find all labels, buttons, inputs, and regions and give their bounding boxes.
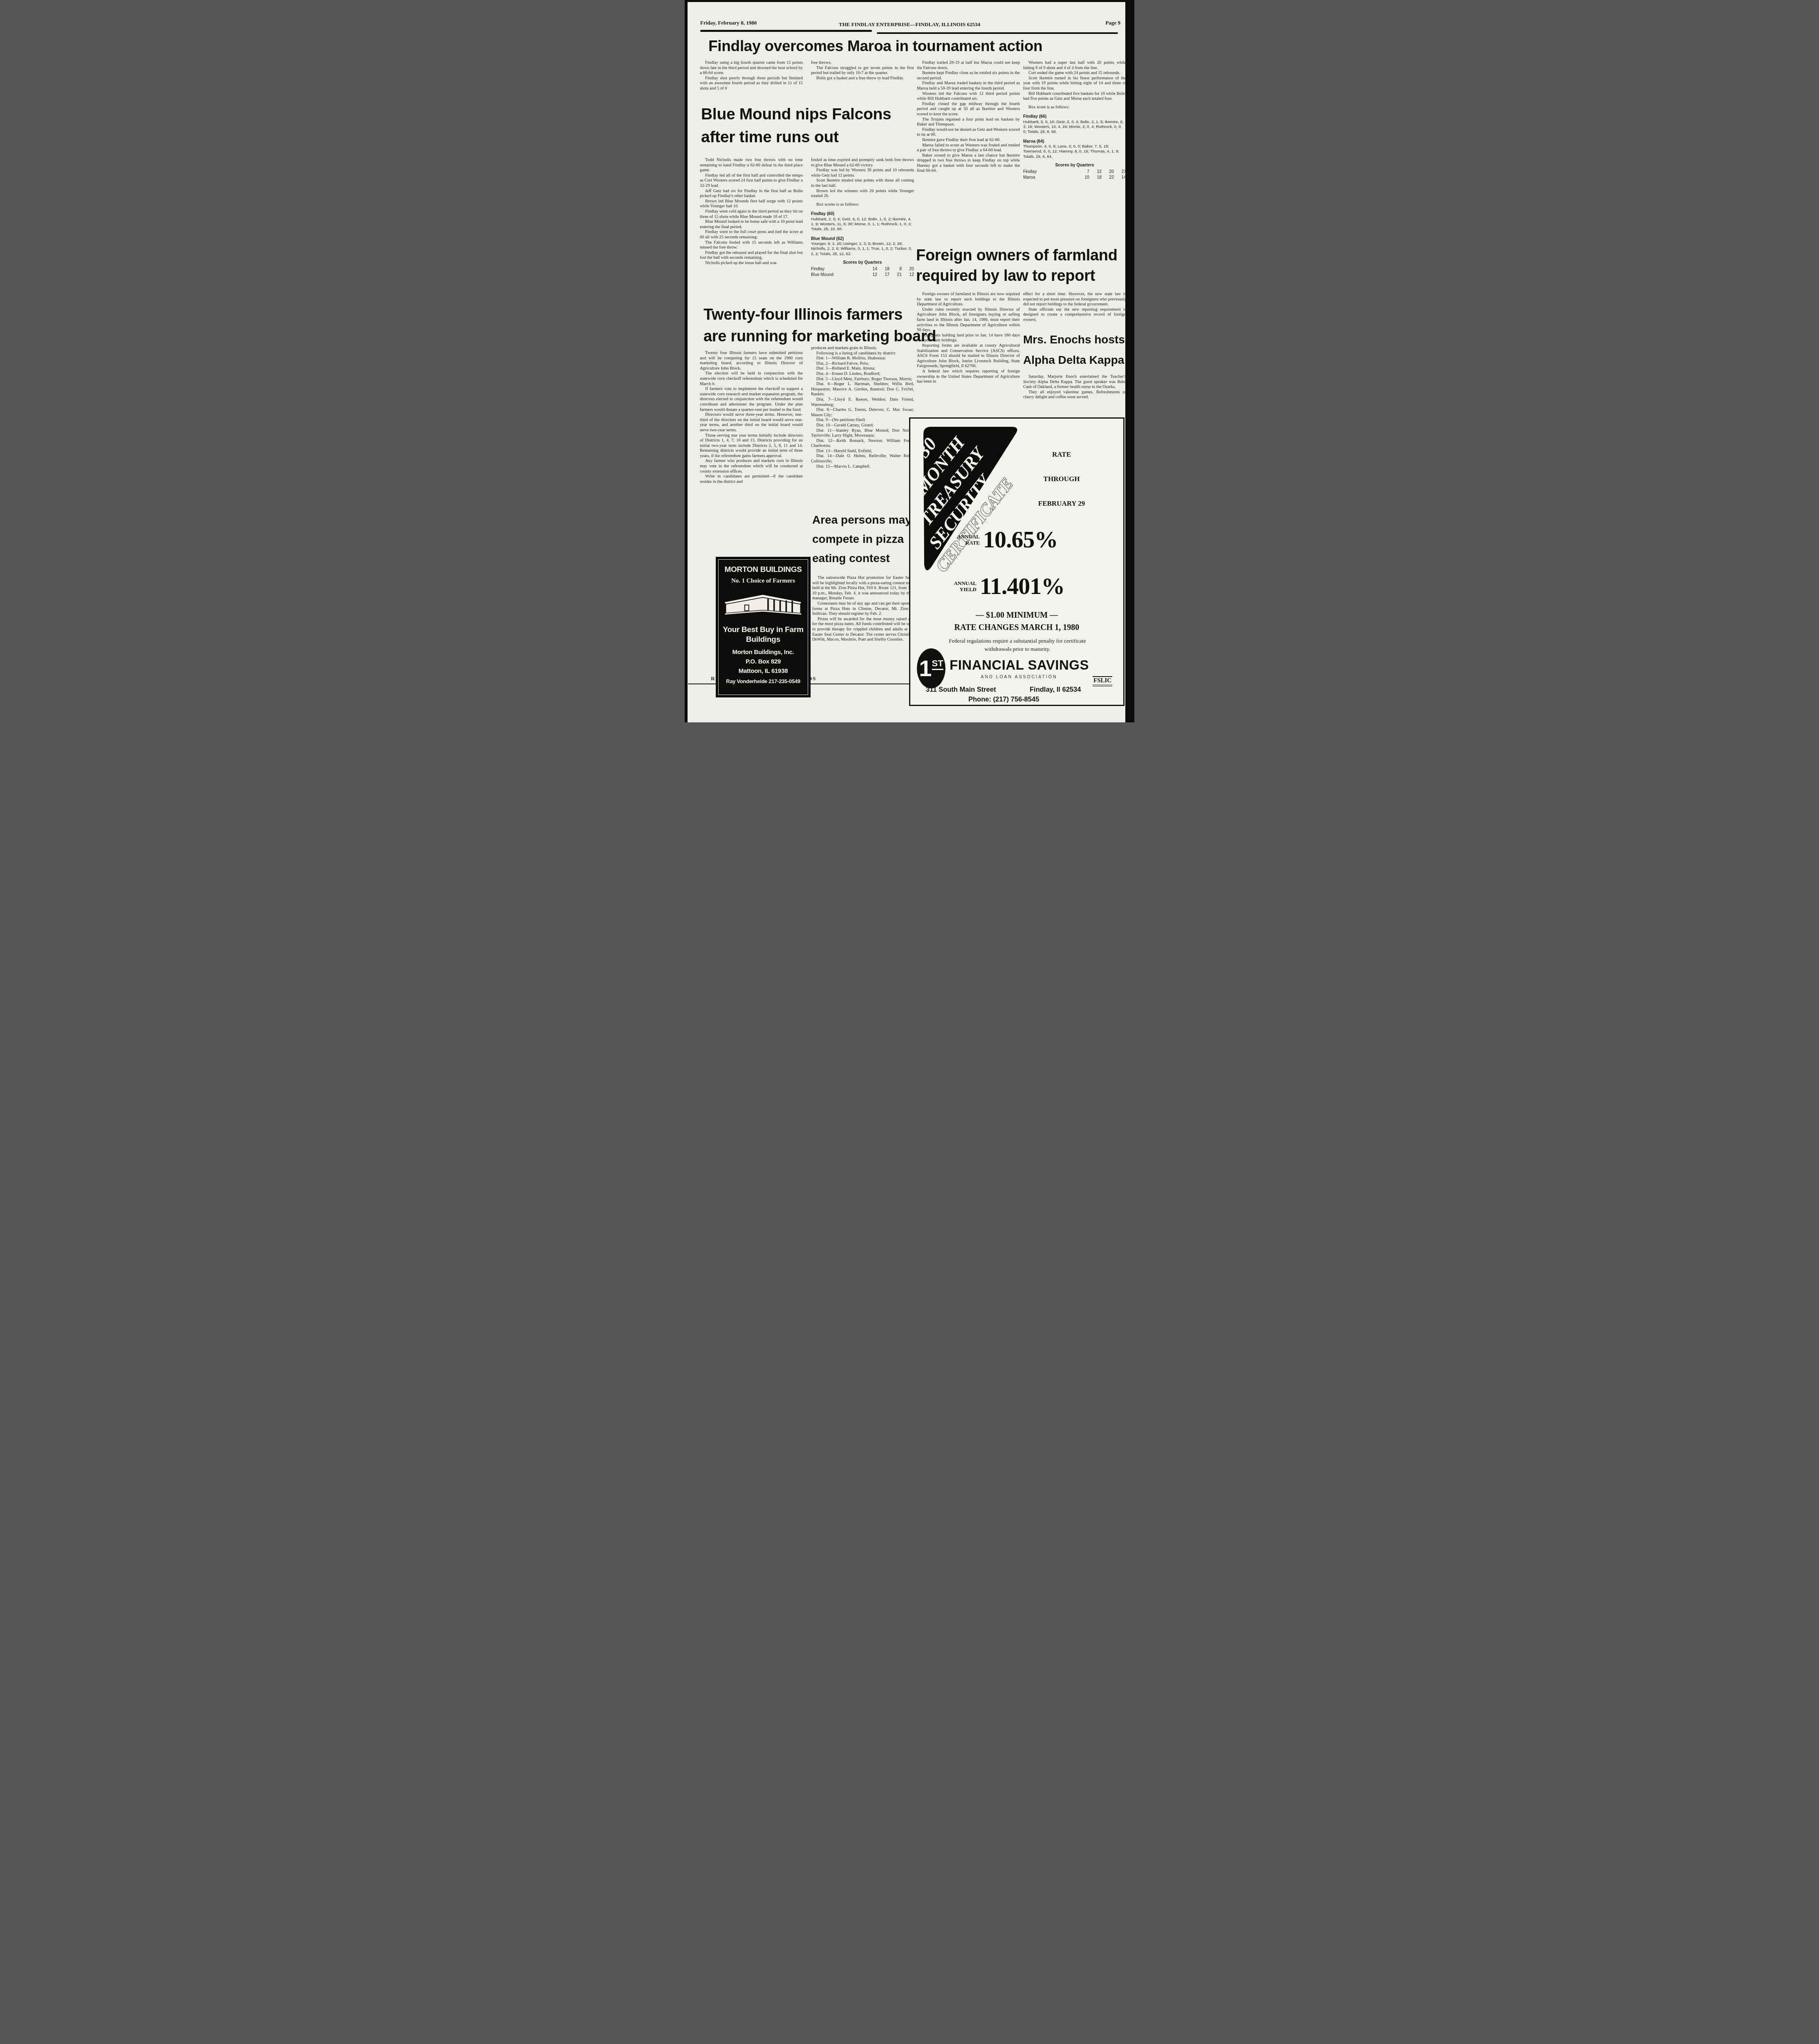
district-entry: Dist. 14—Dale O. Helms, Belleville; Walt…: [811, 454, 914, 464]
headline-line: Area persons may: [812, 510, 912, 529]
farmers-col1: Twenty four Illinois farmers have submit…: [700, 351, 803, 484]
paragraph: fouled as time expired and promptly sank…: [811, 158, 914, 168]
minimum-line: — $1.00 MINIMUM —: [910, 611, 1123, 620]
paragraph: Todd Nicholls made two free throws with …: [700, 158, 803, 173]
headline-line: are running for marketing board: [703, 326, 936, 347]
district-entry: Dist. 3—Rolland E. Main, Altona;: [811, 366, 914, 372]
box-score-team-maroa: Maroa (64): [1023, 139, 1126, 145]
tournament-col4: Wooters had a super last half with 20 po…: [1023, 61, 1126, 180]
quarters-score: 18: [1089, 175, 1102, 181]
paragraph: A federal law which requires reporting o…: [917, 369, 1020, 385]
headline-bluemound: Blue Mound nips Falcons after time runs …: [701, 103, 891, 149]
paragraph: Curt ended the game with 24 points and 1…: [1023, 71, 1126, 76]
headline-line: Twenty-four Illinois farmers: [703, 304, 936, 326]
paragraph: Ikemire gave Findlay their first lead at…: [917, 138, 1020, 143]
header-rule-right: [877, 32, 1118, 34]
annual-yield-label: ANNUAL YIELD: [951, 580, 977, 592]
fslic-logo: FSLIC: [1093, 676, 1112, 686]
paragraph: The Falcons fouled with 15 seconds left …: [700, 240, 803, 251]
quarters-row: Blue Mound 12 17 21 12: [811, 272, 914, 278]
morton-po-box: P.O. Box 829: [716, 658, 810, 665]
paragraph: Wooters led the Falcons with 12 third pe…: [917, 92, 1020, 102]
paragraph: Bolin got a basket and a free throw to l…: [811, 76, 914, 81]
quarters-score: 18: [877, 267, 889, 272]
bank-address-street: 311 South Main Street: [926, 686, 996, 694]
rate-word: RATE: [1021, 450, 1102, 459]
paragraph: Findlay went cold again in the third per…: [700, 209, 803, 220]
box-score-intro: Box scores is as follows:: [811, 202, 914, 208]
quarters-score: 12: [865, 272, 877, 278]
quarters-score: 7: [1077, 169, 1089, 175]
quarters-row: Maroa 10 18 22 14: [1023, 175, 1126, 181]
box-score-intro: Box score is as follows:: [1023, 105, 1126, 110]
paragraph: Scott Ikemire turned in his finest perfo…: [1023, 76, 1126, 92]
quarters-score: 12: [1089, 169, 1102, 175]
paragraph: If farmers vote to implement the checkof…: [700, 387, 803, 412]
headline-line: Mrs. Enochs hosts: [1023, 329, 1125, 350]
bluemound-col1: Todd Nicholls made two free throws with …: [700, 158, 803, 266]
quarters-team: Blue Mound: [811, 272, 865, 278]
headline-line: compete in pizza: [812, 529, 912, 549]
paragraph: effect for a short time. However, the ne…: [1023, 292, 1126, 307]
headline-enochs: Mrs. Enochs hosts Alpha Delta Kappa: [1023, 329, 1125, 370]
district-entry: Dist. 13—Harold Stahl, Enfield;: [811, 449, 914, 454]
scan-edge-left: [685, 0, 688, 722]
headline-tournament: Findlay overcomes Maroa in tournament ac…: [708, 38, 1042, 55]
annual-rate-label: ANNUAL RATE: [954, 533, 980, 546]
district-entry: Dist. 6—Roger L. Hartman, Sheldon; Willi…: [811, 382, 914, 397]
paragraph: Findlay using a big fourth quarter came …: [700, 61, 803, 76]
farmers-col2: produces and markets grain in Illinois. …: [811, 346, 914, 469]
paragraph: Scott Ikemire totaled nine points with t…: [811, 178, 914, 188]
quarters-score: 22: [1102, 175, 1114, 181]
paragraph: Findlay went to the full court press and…: [700, 230, 803, 240]
paragraph: Write in candidates are permitted—if the…: [700, 474, 803, 484]
district-entry: Dist. 4—Ernest D. Linden, Bradford;: [811, 372, 914, 377]
bank-name: FINANCIAL SAVINGS: [950, 657, 1089, 673]
quarters-title: Scores by Quarters: [811, 260, 914, 266]
paragraph: Directors would serve three-year terms. …: [700, 412, 803, 433]
district-entry: Dist. 10—Gerald Carney, Girard;: [811, 423, 914, 428]
scan-edge-top: [685, 0, 1134, 2]
headline-line: required by law to report: [916, 266, 1118, 286]
paragraph: Saturday, Marjorie Enoch entertained the…: [1023, 374, 1126, 390]
quarters-team: Maroa: [1023, 175, 1077, 181]
paragraph: Following is a listing of candidates by …: [811, 351, 914, 356]
district-entry: Dist. 1—William R. Mullins, Shabonna;: [811, 356, 914, 361]
annual-yield-value: 11.401%: [980, 572, 1064, 600]
paragraph: Findlay and Maroa traded baskets in the …: [917, 81, 1020, 91]
district-entry: Dist. 15—Marvin L. Campbell.: [811, 464, 914, 470]
district-entry: Dist. 9—(No petitions filed): [811, 418, 914, 423]
quarters-title: Scores by Quarters: [1023, 163, 1126, 168]
headline-farmers: Twenty-four Illinois farmers are running…: [703, 304, 936, 347]
paragraph: The Trojans regained a four point lead o…: [917, 117, 1020, 128]
morton-company: Morton Buildings, Inc.: [716, 649, 810, 656]
box-score-line-maroa: Thompson, 4, 0, 8; Lane, 0, 0, 0; Baker,…: [1023, 144, 1126, 159]
paragraph: Blue Mound looked to be home safe with a…: [700, 220, 803, 230]
tournament-col1: Findlay using a big fourth quarter came …: [700, 61, 803, 92]
quarters-row: Findlay 14 18 8 20: [811, 267, 914, 272]
annual-rate-row: ANNUAL RATE 10.65%: [954, 526, 1058, 553]
quarters-score: 20: [902, 267, 914, 272]
paragraph: Maroa failed to score as Wooters was fou…: [917, 143, 1020, 153]
through-word: THROUGH: [1021, 475, 1102, 483]
morton-city: Mattoon, IL 61938: [716, 668, 810, 675]
paragraph: Nicholls picked up the loose ball and wa…: [700, 261, 803, 266]
quarters-row: Findlay 7 12 20 27: [1023, 169, 1126, 175]
quarters-score: 14: [1114, 175, 1126, 181]
paragraph: State officials say the new reporting re…: [1023, 307, 1126, 323]
paragraph: Jeff Getz had six for Findlay in the fir…: [700, 189, 803, 199]
ad-morton-buildings: MORTON BUILDINGS No. 1 Choice of Farmers…: [716, 557, 811, 697]
quarters-score: 12: [902, 272, 914, 278]
box-score-line-findlay: Hubbartt, 5, 0, 10; Getz, 2, 0, 4; Bolin…: [1023, 120, 1126, 135]
quarters-team: Findlay: [811, 267, 865, 272]
quarters-score: 14: [865, 267, 877, 272]
enochs-body: Saturday, Marjorie Enoch entertained the…: [1023, 374, 1126, 400]
box-score-line-bluemound: Younger, 9, 2, 20; Usinger, 1, 3, 5; Bro…: [811, 242, 914, 257]
headline-line: eating contest: [812, 549, 912, 568]
bluemound-col2: fouled as time expired and promptly sank…: [811, 158, 914, 278]
headline-line: Blue Mound nips Falcons: [701, 103, 891, 126]
bank-address-city: Findlay, Il 62534: [1030, 686, 1081, 694]
paragraph: Findlay led all of the first half and co…: [700, 173, 803, 189]
paragraph: Findlay trailed 28-19 at half but Maroa …: [917, 61, 1020, 71]
tournament-col2: free throws. The Falcons struggled to ge…: [811, 61, 914, 81]
paragraph: They all enjoyed valentine games. Refres…: [1023, 390, 1126, 400]
headline-foreign: Foreign owners of farmland required by l…: [916, 245, 1118, 286]
pizza-body: The nationwide Pizza Hut promotion for E…: [812, 576, 914, 643]
paragraph: free throws.: [811, 61, 914, 66]
quarters-score: 20: [1102, 169, 1114, 175]
paragraph: Ikemire kept Findlay close as he totaled…: [917, 71, 1020, 81]
paragraph: Twenty four Illinois farmers have submit…: [700, 351, 803, 371]
paragraph: Findlay was led by Wooters 30 points and…: [811, 168, 914, 178]
headline-pizza: Area persons may compete in pizza eating…: [812, 510, 912, 568]
february-word: FEBRUARY 29: [1021, 500, 1102, 508]
paragraph: Findlay would not be denied as Getz and …: [917, 128, 1020, 138]
annual-rate-value: 10.65%: [983, 526, 1058, 553]
tournament-col3: Findlay trailed 28-19 at half but Maroa …: [917, 61, 1020, 174]
first-financial-logo: 1ST: [917, 648, 945, 688]
rate-changes-line: RATE CHANGES MARCH 1, 1980: [910, 623, 1123, 632]
district-entry: Dist. 12—Keith Romack, Newton; William F…: [811, 439, 914, 449]
masthead: THE FINDLAY ENTERPRISE—FINDLAY, ILLINOIS…: [685, 21, 1134, 28]
scan-edge-right: [1125, 0, 1134, 722]
page-number: Page 9: [1106, 20, 1120, 26]
paragraph: Prizes will be awarded for the most mone…: [812, 617, 914, 643]
box-score-team-findlay: Findlay (60): [811, 212, 914, 217]
paragraph: The Falcons struggled to get seven point…: [811, 66, 914, 76]
paragraph: Contestants may be of any age and can ge…: [812, 601, 914, 617]
paragraph: Findlay shot poorly through three period…: [700, 76, 803, 92]
district-entry: Dist. 2—Richard Faivre, Polo;: [811, 361, 914, 367]
paragraph: The nationwide Pizza Hut promotion for E…: [812, 576, 914, 601]
box-score-line-findlay: Hubbartt, 2, 0, 4; Getz, 6, 0, 12; Bolin…: [811, 217, 914, 232]
penalty-line: Federal regulations require a substantia…: [948, 637, 1087, 653]
quarters-score: 27: [1114, 169, 1126, 175]
paragraph: Wooters had a super last half with 20 po…: [1023, 61, 1126, 71]
newspaper-page: Friday, February 8, 1980 THE FINDLAY ENT…: [685, 0, 1134, 722]
paragraph: Brown led Blue Mounds first half surge w…: [700, 199, 803, 209]
morton-contact: Ray Vonderheide 217-235-0549: [716, 678, 810, 684]
district-entry: Dist. 5—Lloyd Metz, Fairbury; Roger Thor…: [811, 377, 914, 382]
morton-subtitle: No. 1 Choice of Farmers: [716, 578, 810, 585]
paragraph: Bill Hubbartt contributed five baskets f…: [1023, 92, 1126, 102]
morton-building-illustration: [724, 589, 803, 619]
paragraph: Findlay got the rebound and played for t…: [700, 251, 803, 261]
logo-st: ST: [932, 658, 943, 670]
bank-phone: Phone: (217) 756-8545: [968, 696, 1039, 704]
quarters-score: 17: [877, 272, 889, 278]
paragraph: Any farmer who produces and markets corn…: [700, 459, 803, 474]
box-score-team-bluemound: Blue Mound (62): [811, 237, 914, 242]
paragraph: The election will be held in conjunction…: [700, 371, 803, 387]
morton-tagline: Your Best Buy in Farm Buildings: [722, 625, 804, 645]
box-score-team-findlay: Findlay (66): [1023, 114, 1126, 120]
paragraph: Findlay closed the gap midway through th…: [917, 102, 1020, 117]
logo-one: 1: [919, 657, 932, 680]
bank-subname: AND LOAN ASSOCIATION: [950, 675, 1089, 679]
headline-line: after time runs out: [701, 126, 891, 149]
header-rule-left: [700, 30, 872, 32]
district-entry: Dist. 8—Charles G. Tomm, Delevon; C. Mac…: [811, 408, 914, 418]
foreign-col2: effect for a short time. However, the ne…: [1023, 292, 1126, 323]
morton-title: MORTON BUILDINGS: [716, 565, 810, 574]
paragraph: Those serving one year terms initially i…: [700, 433, 803, 459]
district-entry: Dist. 11—Stanley Ryan, Blue Mound; Don N…: [811, 428, 914, 439]
headline-line: Foreign owners of farmland: [916, 245, 1118, 266]
ad-financial-savings: 30 MONTH TREASURY SECURITY CERTIFICATE R…: [909, 417, 1125, 706]
headline-line: Alpha Delta Kappa: [1023, 350, 1125, 370]
quarters-score: 8: [889, 267, 902, 272]
quarters-score: 10: [1077, 175, 1089, 181]
quarters-score: 21: [889, 272, 902, 278]
annual-yield-row: ANNUAL YIELD 11.401%: [951, 572, 1064, 600]
paragraph: produces and markets grain in Illinois.: [811, 346, 914, 351]
paragraph: Baker scored to give Maroa a last chance…: [917, 153, 1020, 174]
paragraph: Brown led the winners with 26 points whi…: [811, 189, 914, 199]
district-entry: Dist. 7—Lloyd E. Reeser, Weldon; Dain Fr…: [811, 397, 914, 408]
quarters-team: Findlay: [1023, 169, 1077, 175]
